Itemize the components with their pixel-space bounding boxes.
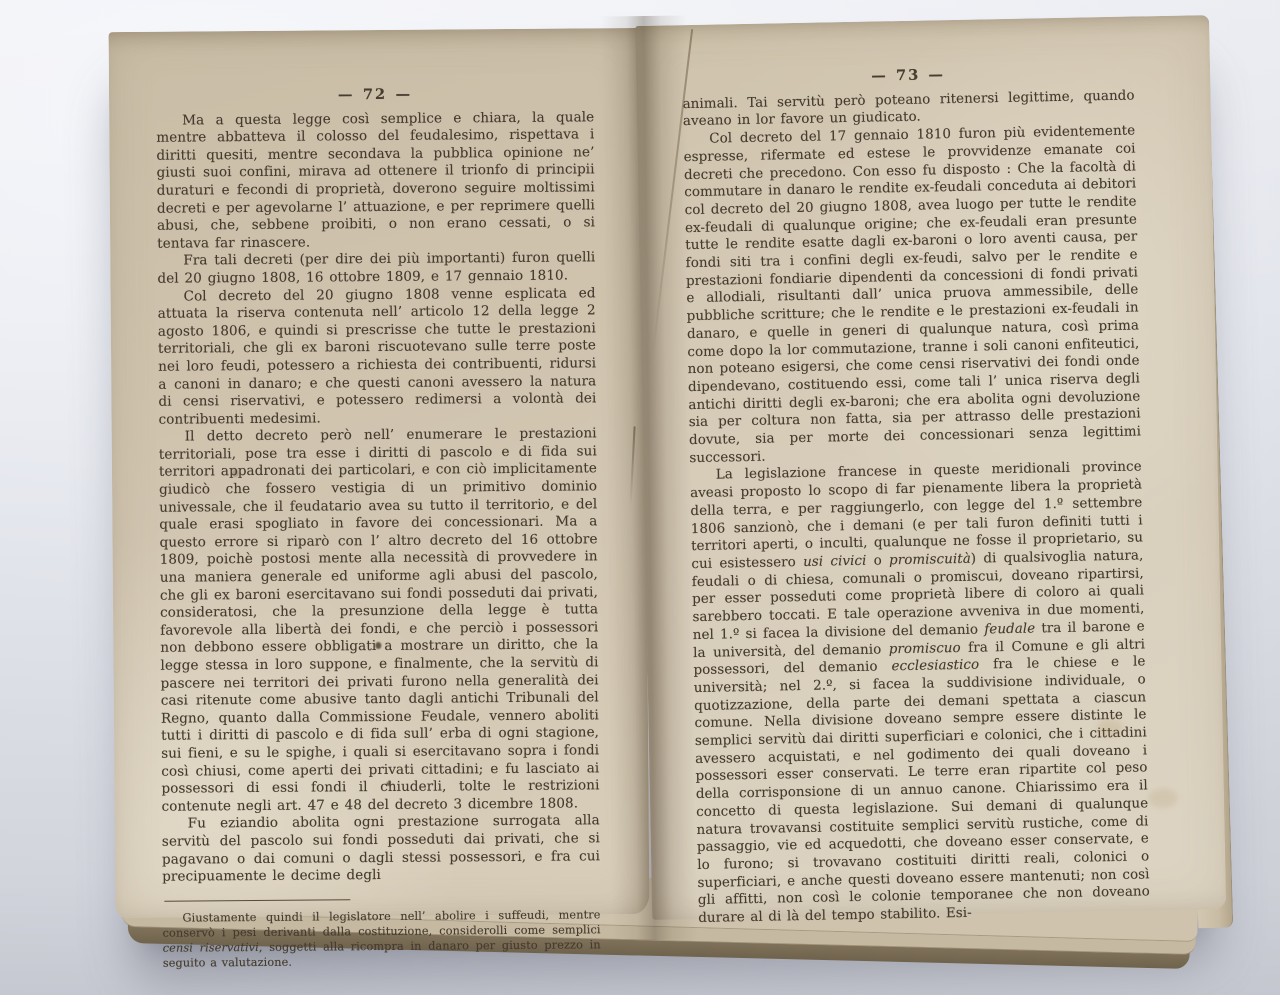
paragraph: Giustamente quindi il legislatore nell’ … xyxy=(162,907,600,971)
paragraph: Fu eziandio abolita ogni prestazione sur… xyxy=(162,813,601,887)
paragraph: Ma a questa legge così semplice e chiara… xyxy=(156,109,595,253)
paragraph: Il detto decreto però nell’ enumerare le… xyxy=(159,426,600,816)
photo-of-open-book: — 72 — Ma a questa legge così semplice e… xyxy=(0,0,1280,995)
footnote-separator xyxy=(164,899,350,901)
paragraph: La legislazione francese in queste merid… xyxy=(690,459,1151,928)
paper-stain xyxy=(1148,788,1178,809)
left-page: — 72 — Ma a questa legge così semplice e… xyxy=(109,28,650,918)
left-page-text-column: — 72 — Ma a questa legge così semplice e… xyxy=(156,84,601,971)
paragraph: Fra tali decreti (per dire dei più impor… xyxy=(157,250,595,289)
paragraph: Col decreto del 20 giugno 1808 venne esp… xyxy=(158,285,597,429)
page-number-73: — 73 — xyxy=(682,62,1134,88)
right-page-text-column: — 73 — animali. Tai servitù però poteano… xyxy=(682,62,1150,927)
left-page-body-text: Ma a questa legge così semplice e chiara… xyxy=(156,109,600,887)
page-number-72: — 72 — xyxy=(156,84,594,105)
right-page-body-text: animali. Tai servitù però poteano ritene… xyxy=(682,87,1150,928)
footnote: Giustamente quindi il legislatore nell’ … xyxy=(162,907,600,971)
paragraph: Col decreto del 17 gennaio 1810 furon pi… xyxy=(683,123,1141,468)
right-page: — 73 — animali. Tai servitù però poteano… xyxy=(635,15,1226,920)
